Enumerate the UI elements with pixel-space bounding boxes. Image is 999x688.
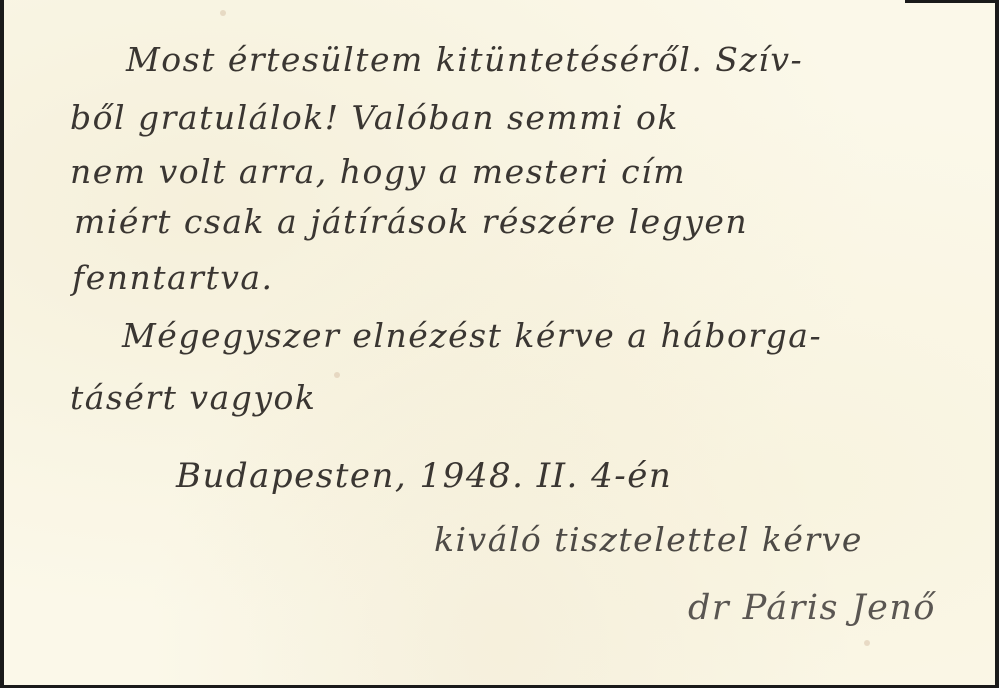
letter-line-3: nem volt arra, hogy a mesteri cím [70, 152, 686, 191]
paper-spot [334, 372, 340, 378]
scan-edge [905, 0, 995, 3]
letter-line-4: miért csak a játírások részére legyen [74, 202, 748, 241]
letter-line-1: Most értesültem kitüntetéséről. Szív- [126, 40, 803, 79]
place-date: Budapesten, 1948. II. 4-én [176, 456, 672, 496]
paper-spot [864, 640, 870, 646]
letter-line-2: ből gratulálok! Valóban semmi ok [70, 98, 679, 137]
closing-phrase: kiváló tisztelettel kérve [434, 520, 863, 559]
letter-line-6: Mégegyszer elnézést kérve a háborga- [122, 316, 822, 355]
paper-spot [220, 10, 226, 16]
letter-card: Most értesültem kitüntetéséről. Szív- bő… [4, 0, 995, 685]
letter-line-5: fenntartva. [72, 258, 274, 297]
letter-line-7: tásért vagyok [70, 378, 316, 417]
signature: dr Páris Jenő [688, 588, 936, 628]
